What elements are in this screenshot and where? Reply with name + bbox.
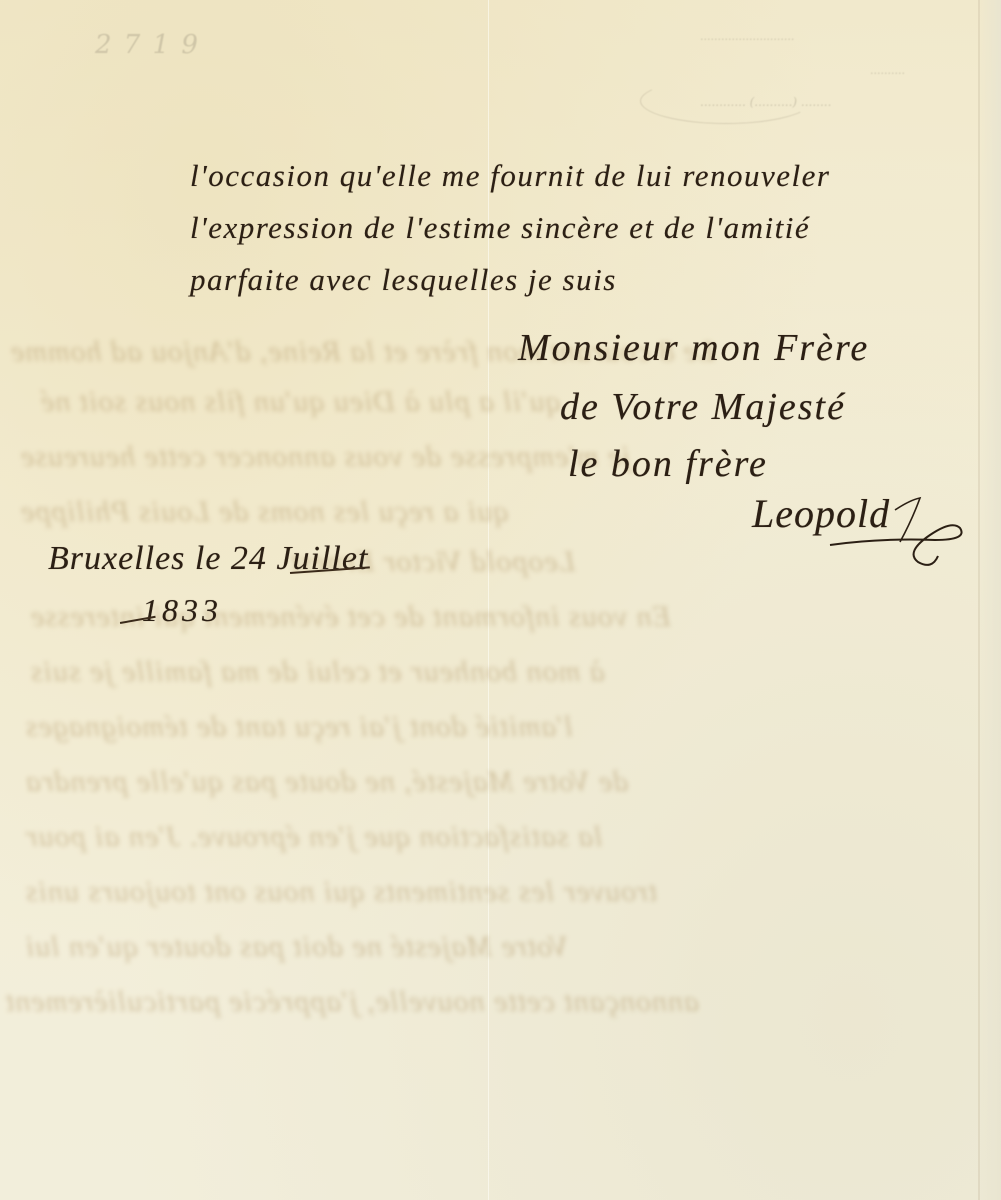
bleed-line: à mon bonheur et celui de ma famille je …: [30, 655, 605, 689]
bleed-line: qui a reçu les noms de Louis Philippe: [20, 495, 508, 529]
closing-salutation: Monsieur mon Frère: [518, 326, 869, 370]
place-date: Bruxelles le 24 Juillet: [48, 540, 368, 578]
closing-majesty: de Votre Majesté: [560, 385, 846, 429]
bleed-line: annonçant cette nouvelle, j'apprécie par…: [5, 985, 699, 1019]
letter-body-line-1: l'occasion qu'elle me fournit de lui ren…: [190, 158, 830, 194]
bleed-line: l'amitié dont j'ai reçu tant de témoigna…: [25, 710, 573, 744]
archival-note-1: ...........................: [700, 30, 794, 43]
archival-folio-number: 2 7 1 9: [95, 30, 200, 60]
bleed-line: trouver les sentiments qui nous ont touj…: [25, 875, 657, 909]
archival-pencil-oval: [640, 78, 812, 124]
letter-page: 2 7 1 9 ........................... ....…: [0, 0, 1001, 1200]
archival-note-2: ..........: [870, 64, 905, 77]
bleed-line: je m'empresse de vous annoncer cette heu…: [20, 440, 631, 474]
letter-body-line-3: parfaite avec lesquelles je suis: [190, 262, 617, 298]
letter-year: 1833: [142, 592, 222, 629]
bleed-line: la satisfaction que j'en éprouve. J'en a…: [25, 820, 603, 854]
bleed-line: En vous informant de cet événement qui i…: [30, 600, 671, 634]
bleed-line: Votre Majesté ne doit pas douter qu'en l…: [25, 930, 568, 964]
paper-right-edge: [979, 0, 1001, 1200]
signature-flourish-icon: [820, 490, 970, 570]
bleed-line: de Votre Majesté, ne doute pas qu'elle p…: [25, 765, 628, 799]
bleed-line: qu'il a plu à Dieu qu'un fils nous soit …: [40, 385, 561, 419]
letter-body-line-2: l'expression de l'estime sincère et de l…: [190, 210, 810, 246]
closing-bon-frere: le bon frère: [568, 442, 768, 486]
